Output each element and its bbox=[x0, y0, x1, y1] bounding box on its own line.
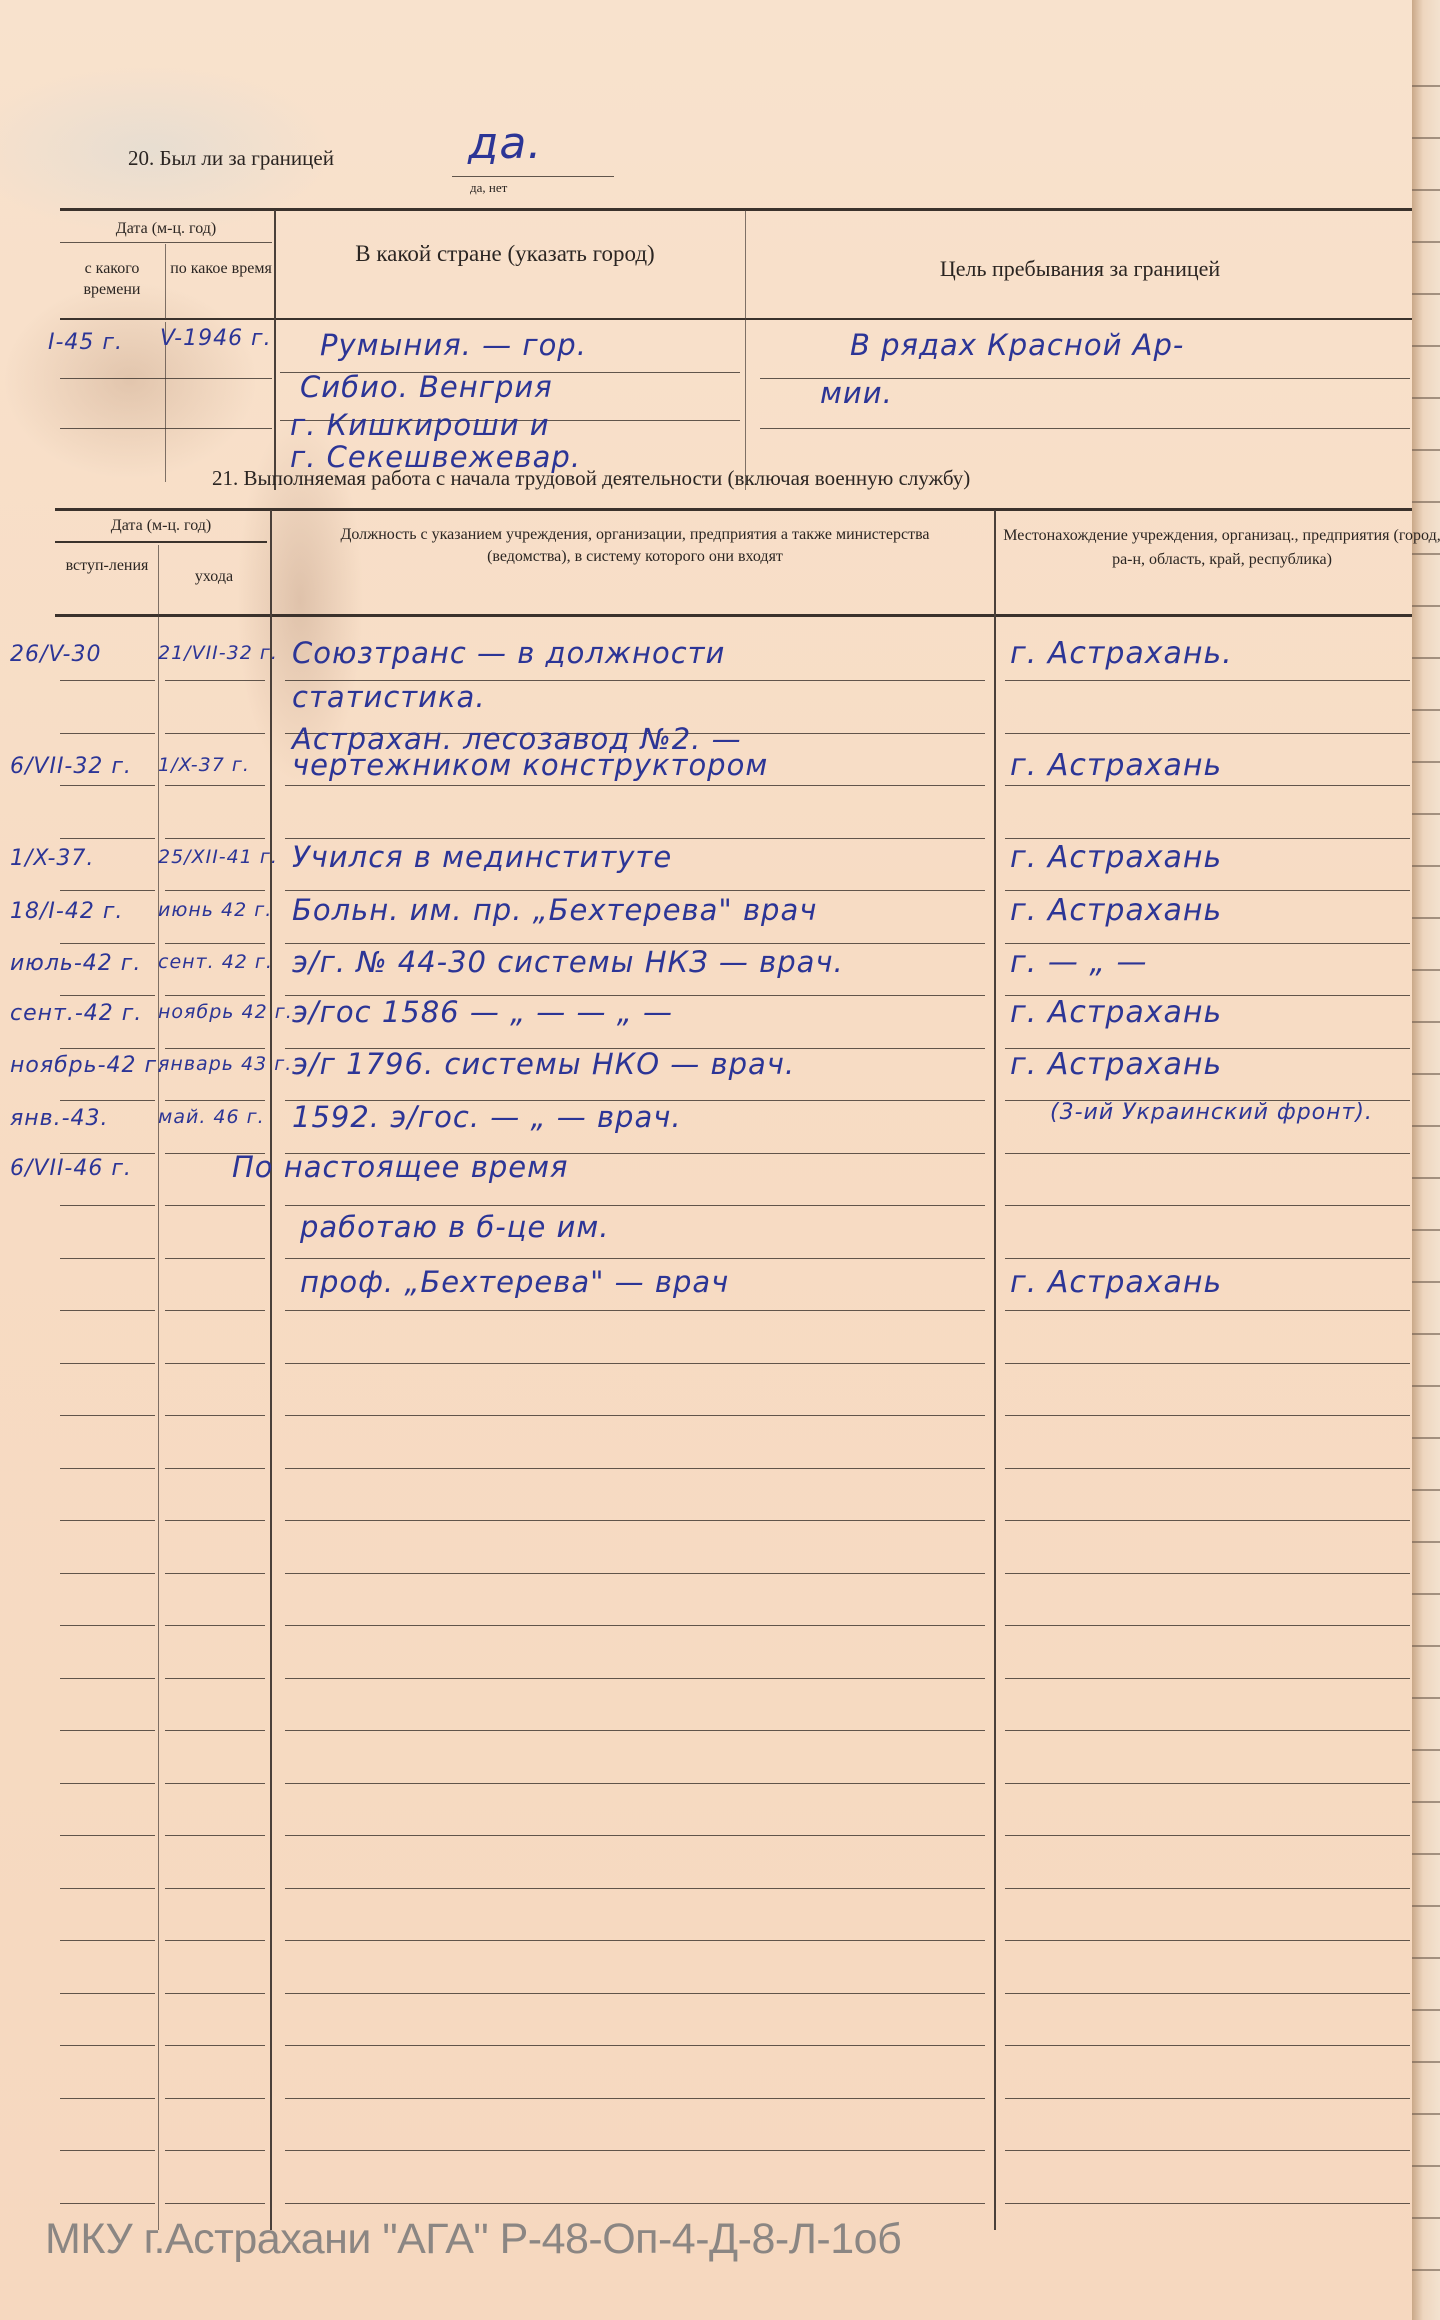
ruled-line bbox=[60, 1520, 155, 1521]
ruled-line bbox=[285, 838, 985, 839]
row-location: г. Астрахань bbox=[1010, 995, 1222, 1030]
row-end-date: ноябрь 42 г. bbox=[158, 1001, 293, 1023]
ruled-line bbox=[285, 1363, 985, 1364]
ruled-line bbox=[60, 995, 155, 996]
adjacent-page-line bbox=[1412, 85, 1440, 87]
ruled-line bbox=[1005, 785, 1410, 786]
row-start-date: янв.-43. bbox=[10, 1106, 109, 1131]
ruled-line bbox=[60, 733, 155, 734]
ruled-line bbox=[1005, 1573, 1410, 1574]
ruled-line bbox=[1005, 1153, 1410, 1154]
ruled-line bbox=[165, 1415, 265, 1416]
row-start-date: ноябрь-42 г. bbox=[10, 1053, 165, 1078]
adjacent-page-line bbox=[1412, 2009, 1440, 2011]
row-location: (3-ий Украинский фронт). bbox=[1050, 1100, 1373, 1125]
adjacent-page-line bbox=[1412, 917, 1440, 919]
row-position: э/гос 1586 — „ — — „ — bbox=[292, 995, 673, 1029]
ruled-line bbox=[1005, 1415, 1410, 1416]
adjacent-page-line bbox=[1412, 605, 1440, 607]
ruled-line bbox=[165, 1573, 265, 1574]
ruled-line bbox=[1005, 1205, 1410, 1206]
ruled-line bbox=[1005, 1888, 1410, 1889]
col-start: вступ-ления bbox=[58, 555, 156, 576]
adjacent-page-line bbox=[1412, 1853, 1440, 1855]
ruled-line bbox=[1005, 1730, 1410, 1731]
ruled-line bbox=[60, 1258, 155, 1259]
ruled-line bbox=[165, 943, 265, 944]
adjacent-page-line bbox=[1412, 1125, 1440, 1127]
ruled-line bbox=[1005, 2150, 1410, 2151]
adjacent-page-line bbox=[1412, 813, 1440, 815]
adjacent-page-line bbox=[1412, 501, 1440, 503]
ruled-line bbox=[60, 943, 155, 944]
adjacent-page-line bbox=[1412, 761, 1440, 763]
ruled-line bbox=[60, 890, 155, 891]
ruled-line bbox=[165, 1100, 265, 1101]
ruled-line bbox=[285, 1310, 985, 1311]
row-position: чертежником конструктором bbox=[292, 748, 768, 782]
row-position: работаю в б-це им. bbox=[300, 1210, 610, 1244]
ruled-line bbox=[285, 2045, 985, 2046]
row-position: Учился в мединституте bbox=[292, 840, 672, 874]
row-location: г. Астрахань bbox=[1010, 1265, 1222, 1300]
row-location: г. Астрахань bbox=[1010, 1047, 1222, 1082]
ruled-line bbox=[285, 890, 985, 891]
ruled-line bbox=[60, 838, 155, 839]
ruled-line bbox=[60, 1888, 155, 1889]
ruled-line bbox=[60, 1940, 155, 1941]
adjacent-page-line bbox=[1412, 397, 1440, 399]
ruled-line bbox=[285, 2098, 985, 2099]
ruled-line bbox=[60, 1363, 155, 1364]
ruled-line bbox=[1005, 1310, 1410, 1311]
adjacent-page-line bbox=[1412, 1697, 1440, 1699]
ruled-line bbox=[285, 1678, 985, 1679]
adjacent-page-line bbox=[1412, 1281, 1440, 1283]
adjacent-page-line bbox=[1412, 1905, 1440, 1907]
ruled-line bbox=[60, 1205, 155, 1206]
row-location: г. Астрахань bbox=[1010, 748, 1222, 783]
ruled-line bbox=[285, 1625, 985, 1626]
adjacent-page-line bbox=[1412, 1385, 1440, 1387]
ruled-line bbox=[165, 1888, 265, 1889]
ruled-line bbox=[165, 2150, 265, 2151]
ruled-line bbox=[1005, 733, 1410, 734]
adjacent-page-line bbox=[1412, 2061, 1440, 2063]
ruled-line bbox=[285, 1730, 985, 1731]
ruled-line bbox=[1005, 890, 1410, 891]
travel-from: I-45 г. bbox=[48, 330, 123, 355]
adjacent-page-line bbox=[1412, 1645, 1440, 1647]
ruled-line bbox=[165, 1363, 265, 1364]
ruled-line bbox=[165, 1048, 265, 1049]
ruled-line bbox=[165, 995, 265, 996]
col-position: Должность с указанием учреждения, органи… bbox=[310, 524, 960, 568]
row-position: Союзтранс — в должности bbox=[292, 636, 725, 670]
row-location: г. Астрахань bbox=[1010, 893, 1222, 928]
ruled-line bbox=[165, 890, 265, 891]
ruled-line bbox=[1005, 2098, 1410, 2099]
ruled-line bbox=[165, 838, 265, 839]
ruled-line bbox=[60, 2098, 155, 2099]
row-location: г. — „ — bbox=[1010, 945, 1147, 980]
section-21-title: 21. Выполняемая работа с начала трудовой… bbox=[212, 466, 970, 491]
adjacent-page-edge bbox=[1412, 0, 1440, 2320]
adjacent-page-line bbox=[1412, 1021, 1440, 1023]
col-location: Местонахождение учреждения, организац., … bbox=[1002, 524, 1440, 572]
travel-purpose-line: мии. bbox=[820, 376, 893, 410]
adjacent-page-line bbox=[1412, 1437, 1440, 1439]
row-position: проф. „Бехтерева" — врач bbox=[300, 1265, 729, 1299]
col-country: В какой стране (указать город) bbox=[350, 240, 660, 268]
adjacent-page-line bbox=[1412, 1957, 1440, 1959]
adjacent-page-line bbox=[1412, 1177, 1440, 1179]
col-date-group: Дата (м-ц. год) bbox=[60, 218, 272, 239]
ruled-line bbox=[1005, 838, 1410, 839]
ruled-line bbox=[1005, 1363, 1410, 1364]
row-position: 1592. э/гос. — „ — врач. bbox=[292, 1100, 682, 1134]
row-end-date: май. 46 г. bbox=[158, 1106, 265, 1128]
ruled-line bbox=[285, 1520, 985, 1521]
adjacent-page-line bbox=[1412, 1541, 1440, 1543]
row-start-date: 1/X-37. bbox=[10, 846, 94, 871]
row-end-date: июнь 42 г. bbox=[158, 899, 272, 921]
answer-underline bbox=[452, 176, 614, 177]
ruled-line bbox=[1005, 2203, 1410, 2204]
adjacent-page-line bbox=[1412, 1749, 1440, 1751]
adjacent-page-line bbox=[1412, 189, 1440, 191]
adjacent-page-line bbox=[1412, 1593, 1440, 1595]
row-position: статистика. bbox=[292, 680, 486, 714]
ruled-line bbox=[285, 1835, 985, 1836]
row-start-date: июль-42 г. bbox=[10, 951, 141, 976]
ruled-line bbox=[1005, 1940, 1410, 1941]
col-to: по какое время bbox=[168, 258, 274, 279]
ruled-line bbox=[60, 2045, 155, 2046]
ruled-line bbox=[285, 1993, 985, 1994]
ruled-line bbox=[60, 1783, 155, 1784]
row-location: г. Астрахань. bbox=[1010, 636, 1233, 671]
row-end-date: январь 43 г. bbox=[158, 1053, 292, 1075]
ruled-line bbox=[60, 1468, 155, 1469]
adjacent-page-line bbox=[1412, 1073, 1440, 1075]
ruled-line bbox=[285, 1940, 985, 1941]
section-20-title: 20. Был ли за границей bbox=[128, 146, 334, 171]
row-position: э/г 1796. системы НКО — врач. bbox=[292, 1047, 795, 1081]
ruled-line bbox=[165, 1468, 265, 1469]
ruled-line bbox=[1005, 1993, 1410, 1994]
travel-purpose-line: В рядах Красной Ар- bbox=[850, 328, 1184, 362]
adjacent-page-line bbox=[1412, 2165, 1440, 2167]
ruled-line bbox=[60, 1730, 155, 1731]
ruled-line bbox=[165, 2203, 265, 2204]
answer-hint: да, нет bbox=[470, 180, 507, 196]
abroad-answer: да. bbox=[468, 118, 542, 169]
travel-country-line: Сибио. Венгрия bbox=[300, 370, 553, 404]
ruled-line bbox=[285, 785, 985, 786]
ruled-line bbox=[165, 1940, 265, 1941]
ruled-line bbox=[60, 1993, 155, 1994]
ruled-line bbox=[285, 1205, 985, 1206]
ruled-line bbox=[165, 680, 265, 681]
ruled-line bbox=[60, 1048, 155, 1049]
row-start-date: 18/I-42 г. bbox=[10, 899, 123, 924]
ruled-line bbox=[1005, 680, 1410, 681]
ruled-line bbox=[165, 1520, 265, 1521]
col-purpose: Цель пребывания за границей bbox=[760, 256, 1400, 282]
ruled-line bbox=[285, 1783, 985, 1784]
ruled-line bbox=[285, 2203, 985, 2204]
row-position: По настоящее время bbox=[232, 1150, 568, 1184]
row-end-date: сент. 42 г. bbox=[158, 951, 273, 973]
adjacent-page-line bbox=[1412, 1801, 1440, 1803]
adjacent-page-line bbox=[1412, 293, 1440, 295]
ruled-line bbox=[60, 1153, 155, 1154]
ruled-line bbox=[60, 1100, 155, 1101]
ruled-line bbox=[285, 1573, 985, 1574]
adjacent-page-line bbox=[1412, 865, 1440, 867]
ruled-line bbox=[165, 1730, 265, 1731]
adjacent-page-line bbox=[1412, 345, 1440, 347]
adjacent-page-line bbox=[1412, 2217, 1440, 2219]
ruled-line bbox=[285, 1468, 985, 1469]
archive-stamp: МКУ г.Астрахани "АГА" Р-48-Оп-4-Д-8-Л-1о… bbox=[45, 2215, 901, 2264]
ruled-line bbox=[60, 785, 155, 786]
adjacent-page-line bbox=[1412, 137, 1440, 139]
ruled-line bbox=[1005, 1258, 1410, 1259]
ruled-line bbox=[60, 680, 155, 681]
ruled-line bbox=[60, 1573, 155, 1574]
travel-to: V-1946 г. bbox=[160, 326, 272, 351]
ruled-line bbox=[165, 1678, 265, 1679]
ruled-line bbox=[165, 2045, 265, 2046]
ruled-line bbox=[165, 733, 265, 734]
ruled-line bbox=[60, 1835, 155, 1836]
row-location: г. Астрахань bbox=[1010, 840, 1222, 875]
ruled-line bbox=[165, 1258, 265, 1259]
adjacent-page-line bbox=[1412, 1229, 1440, 1231]
ruled-line bbox=[1005, 1783, 1410, 1784]
ruled-line bbox=[165, 1993, 265, 1994]
adjacent-page-line bbox=[1412, 2269, 1440, 2271]
ruled-line bbox=[60, 1310, 155, 1311]
ruled-line bbox=[165, 1835, 265, 1836]
ruled-line bbox=[1005, 1520, 1410, 1521]
ruled-line bbox=[285, 2150, 985, 2151]
ruled-line bbox=[1005, 1835, 1410, 1836]
ruled-line bbox=[165, 785, 265, 786]
row-start-date: 6/VII-32 г. bbox=[10, 754, 132, 779]
adjacent-page-line bbox=[1412, 1333, 1440, 1335]
ruled-line bbox=[165, 1625, 265, 1626]
adjacent-page-line bbox=[1412, 969, 1440, 971]
adjacent-page-line bbox=[1412, 241, 1440, 243]
ruled-line bbox=[1005, 943, 1410, 944]
ruled-line bbox=[285, 1888, 985, 1889]
col-date-group: Дата (м-ц. год) bbox=[55, 515, 267, 536]
travel-country-line: г. Кишкироши и bbox=[290, 408, 550, 442]
row-end-date: 25/XII-41 г. bbox=[158, 846, 278, 868]
ruled-line bbox=[60, 1678, 155, 1679]
row-position: э/г. № 44-30 системы НКЗ — врач. bbox=[292, 945, 844, 979]
ruled-line bbox=[1005, 1468, 1410, 1469]
row-end-date: 1/X-37 г. bbox=[158, 754, 250, 776]
ruled-line bbox=[1005, 1678, 1410, 1679]
adjacent-page-line bbox=[1412, 449, 1440, 451]
row-end-date: 21/VII-32 г. bbox=[158, 642, 278, 664]
ruled-line bbox=[165, 1205, 265, 1206]
ruled-line bbox=[285, 1258, 985, 1259]
row-start-date: 6/VII-46 г. bbox=[10, 1156, 132, 1181]
row-start-date: сент.-42 г. bbox=[10, 1001, 142, 1026]
col-from: с какого времени bbox=[58, 258, 166, 300]
adjacent-page-line bbox=[1412, 1489, 1440, 1491]
ruled-line bbox=[60, 1625, 155, 1626]
col-end: ухода bbox=[160, 566, 268, 587]
travel-country-line: Румыния. — гор. bbox=[320, 328, 587, 362]
adjacent-page-line bbox=[1412, 709, 1440, 711]
adjacent-page-line bbox=[1412, 2113, 1440, 2115]
ruled-line bbox=[285, 1415, 985, 1416]
adjacent-page-line bbox=[1412, 657, 1440, 659]
ruled-line bbox=[1005, 2045, 1410, 2046]
ruled-line bbox=[165, 2098, 265, 2099]
ruled-line bbox=[60, 2203, 155, 2204]
ruled-line bbox=[285, 943, 985, 944]
ruled-line bbox=[165, 1310, 265, 1311]
row-position: Больн. им. пр. „Бехтерева" врач bbox=[292, 893, 817, 927]
ruled-line bbox=[60, 2150, 155, 2151]
ruled-line bbox=[1005, 1625, 1410, 1626]
row-start-date: 26/V-30 bbox=[10, 642, 101, 667]
ruled-line bbox=[60, 1415, 155, 1416]
ruled-line bbox=[165, 1783, 265, 1784]
